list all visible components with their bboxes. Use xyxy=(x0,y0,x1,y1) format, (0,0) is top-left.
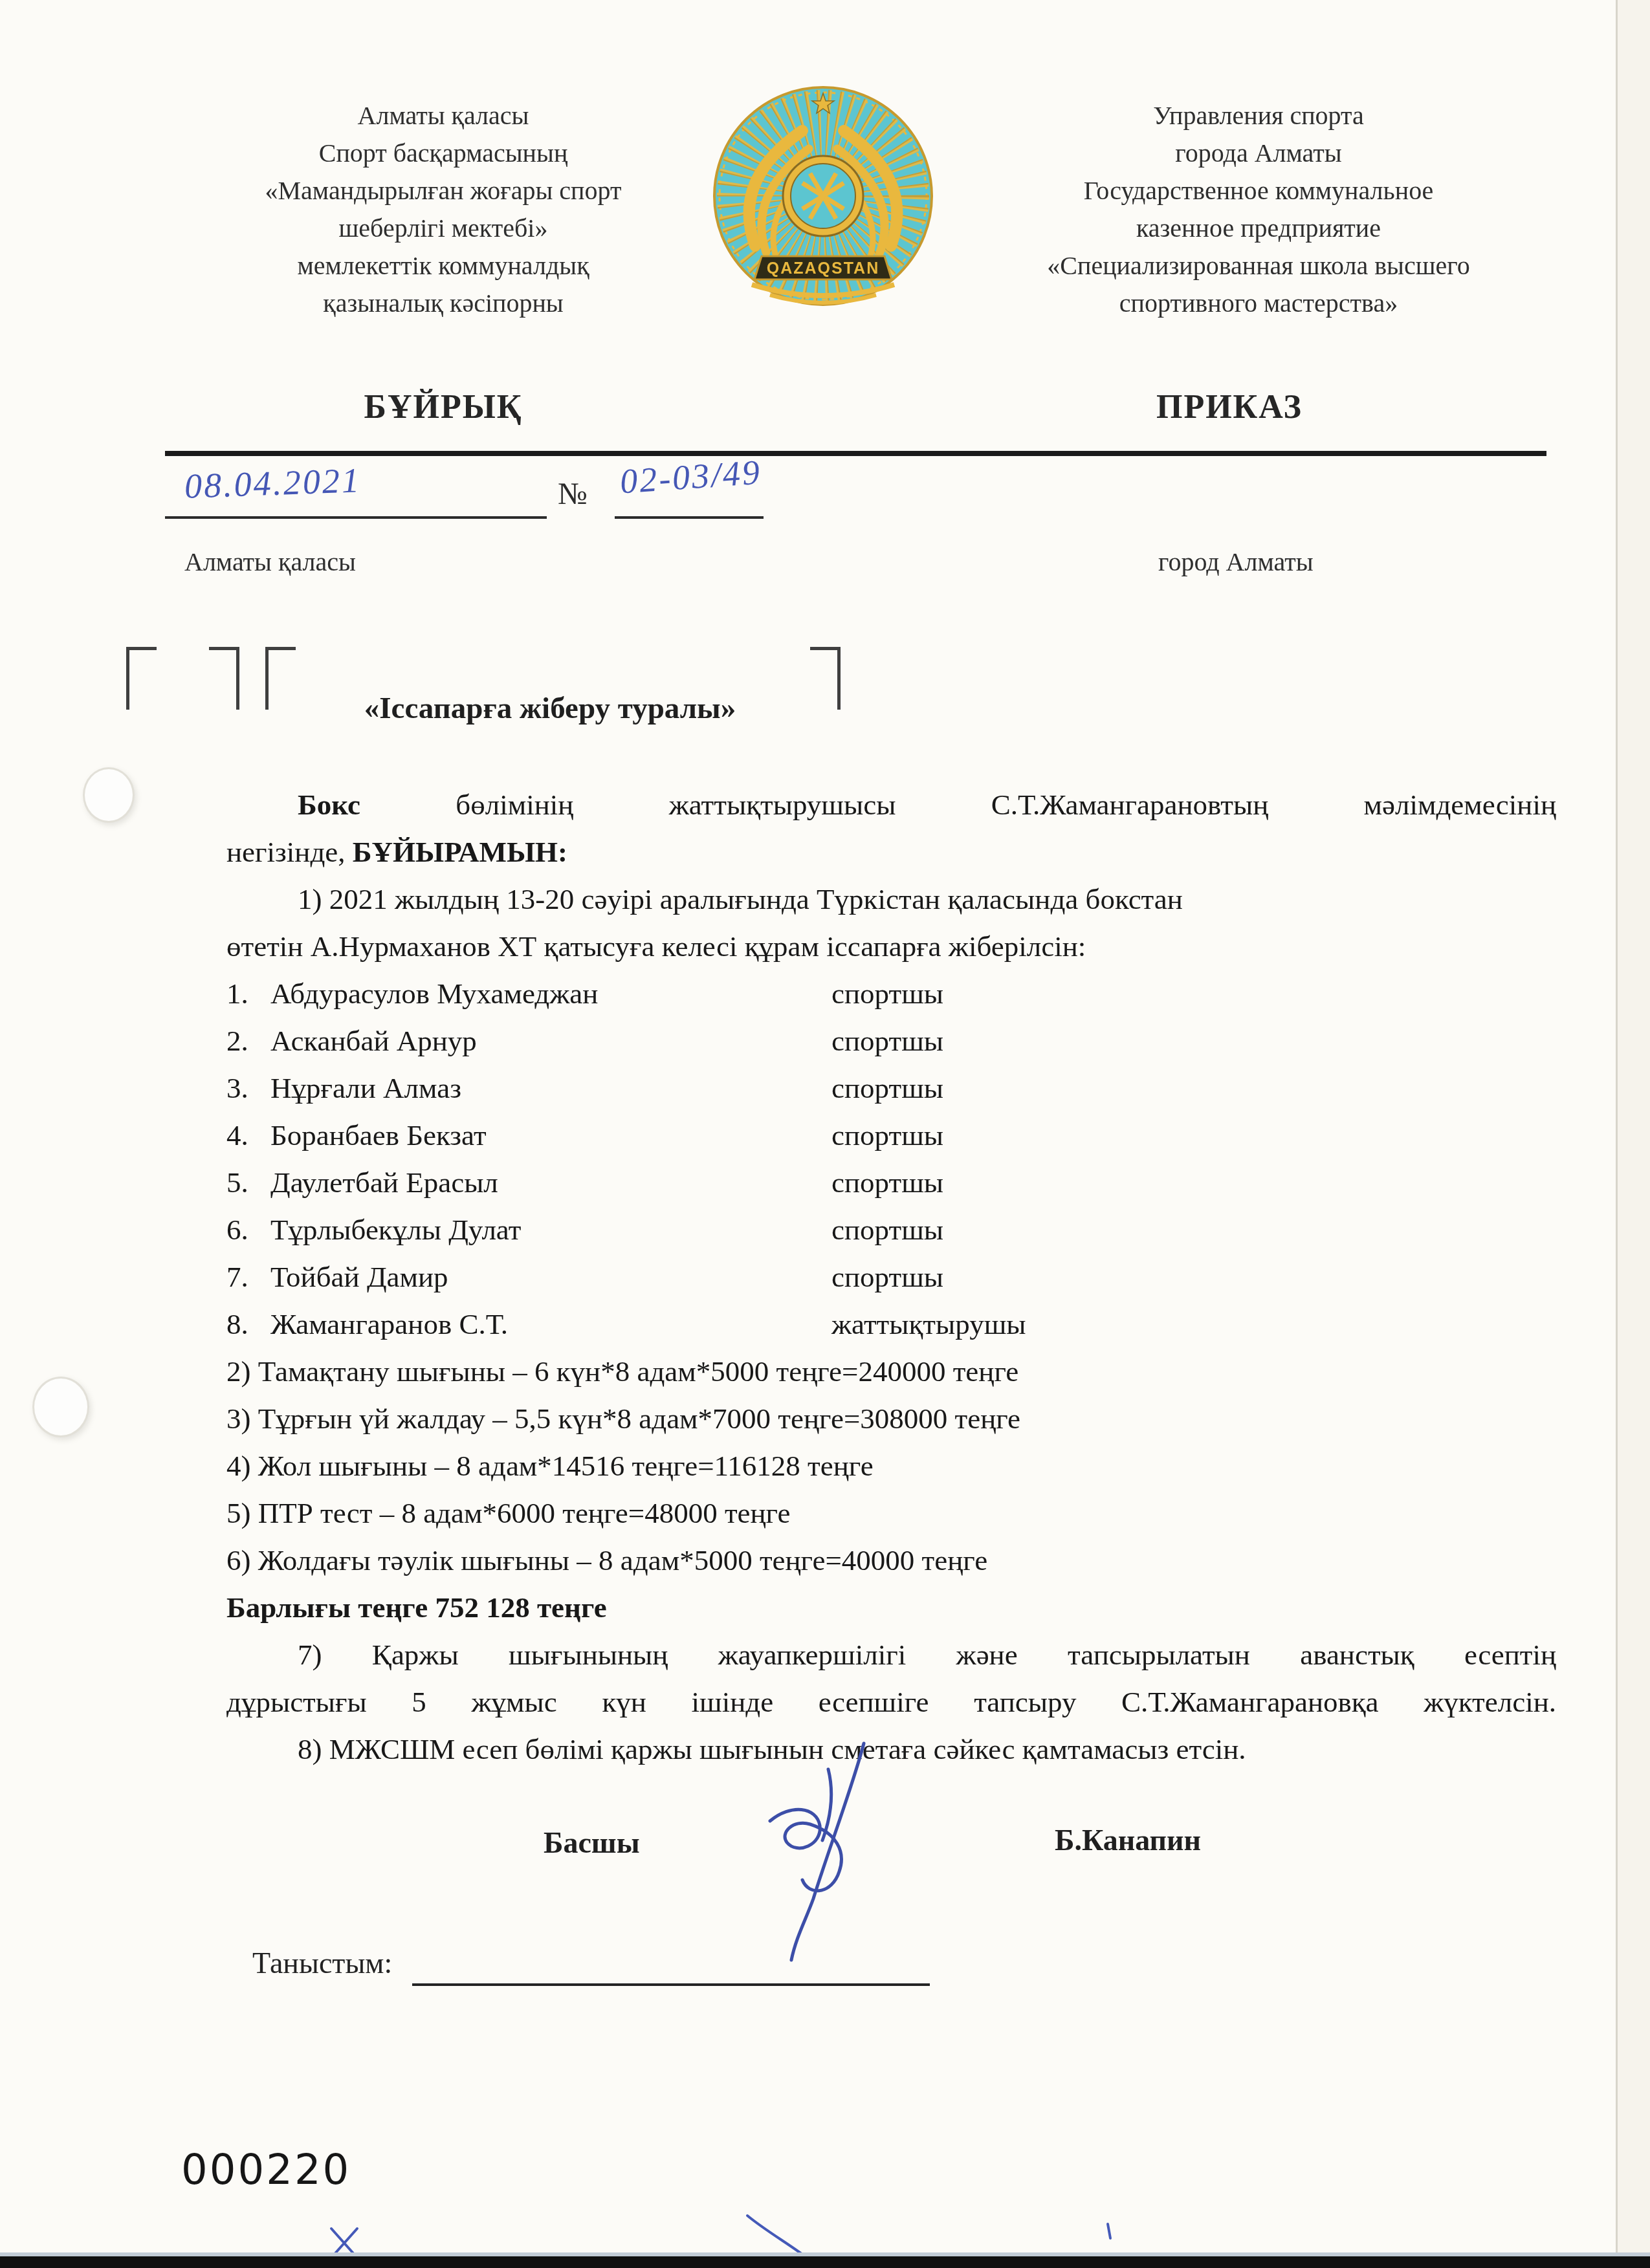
roster-name: Нұрғали Алмаз xyxy=(270,1072,461,1104)
horizontal-rule xyxy=(165,451,1546,456)
intro-plain: негізінде, xyxy=(226,836,346,868)
org-ru-line: казенное предприятие xyxy=(951,210,1566,247)
signature-ink xyxy=(731,1740,932,1967)
roster-role: спортшы xyxy=(831,1018,943,1065)
roster-number: 3. xyxy=(226,1065,270,1112)
roster-role: спортшы xyxy=(831,1206,943,1254)
roster-number: 6. xyxy=(226,1206,270,1254)
roster-row: 3.Нұрғали Алмазспортшы xyxy=(226,1065,1556,1112)
expense-line: 3) Тұрғын үй жалдау – 5,5 күн*8 адам*700… xyxy=(226,1395,1556,1443)
roster-role: спортшы xyxy=(831,1159,943,1206)
scan-edge-line xyxy=(1616,0,1618,2268)
org-ru-line: Управления спорта xyxy=(951,97,1566,135)
handwritten-order-number: 02-03/49 xyxy=(619,452,763,501)
expense-line: 6) Жолдағы тәулік шығыны – 8 адам*5000 т… xyxy=(226,1537,1556,1584)
intro-line-1: Бокс бөлімінің жаттықтырушысы С.Т.Жаманг… xyxy=(226,781,1556,829)
org-ru-line: Государственное коммунальное xyxy=(951,172,1566,210)
roster-row: 8.Жамангаранов С.Т.жаттықтырушы xyxy=(226,1301,1556,1348)
scan-edge-area xyxy=(1618,0,1650,2268)
order-heading-kazakh: БҰЙРЫҚ xyxy=(194,388,692,426)
expense-line: 4) Жол шығыны – 8 адам*14516 теңге=11612… xyxy=(226,1443,1556,1490)
roster-role: спортшы xyxy=(831,1065,943,1112)
total-line: Барлығы теңге 752 128 теңге xyxy=(226,1584,1556,1631)
roster-role: спортшы xyxy=(831,1112,943,1159)
item1-line-1: 1) 2021 жылдың 13-20 сәуірі аралығында Т… xyxy=(226,876,1556,923)
roster-role: спортшы xyxy=(831,1254,943,1301)
date-underline xyxy=(165,516,547,519)
roster-name: Жамангаранов С.Т. xyxy=(270,1308,508,1340)
roster-name: Даулетбай Ерасыл xyxy=(270,1166,498,1199)
order-subject-title: «Іссапарға жіберу туралы» xyxy=(194,691,906,726)
number-sign: № xyxy=(558,476,588,512)
registration-number: 000220 xyxy=(181,2146,351,2194)
org-ru-line: спортивного мастерства» xyxy=(951,285,1566,322)
roster-row: 1.Абдурасулов Мухамеджанспортшы xyxy=(226,970,1556,1018)
roster-number: 1. xyxy=(226,970,270,1018)
roster-row: 7.Тойбай Дамирспортшы xyxy=(226,1254,1556,1301)
number-underline xyxy=(615,516,764,519)
roster-name: Боранбаев Бекзат xyxy=(270,1119,487,1151)
scan-bottom-strip xyxy=(0,2256,1650,2268)
corner-mark xyxy=(126,647,157,710)
org-kk-line: мемлекеттік коммуналдық xyxy=(194,247,692,285)
signer-position-title: Басшы xyxy=(544,1826,640,1860)
org-kk-line: Спорт басқармасының xyxy=(194,135,692,172)
org-name-kazakh: Алматы қаласы Спорт басқармасының «Маман… xyxy=(194,97,692,322)
roster-name: Асканбай Арнур xyxy=(270,1025,477,1057)
roster-row: 4.Боранбаев Бекзатспортшы xyxy=(226,1112,1556,1159)
roster-role: спортшы xyxy=(831,970,943,1018)
roster-name: Абдурасулов Мухамеджан xyxy=(270,977,598,1010)
roster-row: 5.Даулетбай Ерасылспортшы xyxy=(226,1159,1556,1206)
roster-name: Тұрлыбекұлы Дулат xyxy=(270,1214,521,1246)
kazakhstan-state-emblem-icon: QAZAQSTAN xyxy=(707,76,940,309)
emblem-banner-text: QAZAQSTAN xyxy=(767,259,879,278)
roster-number: 4. xyxy=(226,1112,270,1159)
roster-number: 7. xyxy=(226,1254,270,1301)
item7-line-1: 7) Қаржы шығынының жауапкершілігі және т… xyxy=(226,1631,1556,1679)
intro-line-2: негізінде, БҰЙЫРАМЫН: xyxy=(226,829,1556,876)
roster-number: 5. xyxy=(226,1159,270,1206)
scanned-order-document: Алматы қаласы Спорт басқармасының «Маман… xyxy=(0,0,1650,2268)
org-ru-line: города Алматы xyxy=(951,135,1566,172)
roster-row: 2.Асканбай Арнурспортшы xyxy=(226,1018,1556,1065)
org-kk-line: қазыналық кәсіпорны xyxy=(194,285,692,322)
handwritten-date: 08.04.2021 xyxy=(184,460,362,506)
order-heading-russian: ПРИКАЗ xyxy=(1061,388,1398,426)
order-verb: БҰЙЫРАМЫН: xyxy=(353,836,567,868)
expense-line: 5) ПТР тест – 8 адам*6000 теңге=48000 те… xyxy=(226,1490,1556,1537)
place-kazakh: Алматы қаласы xyxy=(184,547,356,577)
roster-number: 8. xyxy=(226,1301,270,1348)
item1-line-2: өтетін А.Нурмаханов ХТ қатысуға келесі қ… xyxy=(226,923,1556,970)
item7-line-2: дұрыстығы 5 жұмыс күн ішінде есепшіге та… xyxy=(226,1679,1556,1726)
order-body: Бокс бөлімінің жаттықтырушысы С.Т.Жаманг… xyxy=(226,781,1556,1773)
org-kk-line: Алматы қаласы xyxy=(194,97,692,135)
org-kk-line: «Мамандырылған жоғары спорт xyxy=(194,172,692,210)
roster-name: Тойбай Дамир xyxy=(270,1261,448,1293)
intro-bold-word: Бокс xyxy=(298,789,360,821)
roster-number: 2. xyxy=(226,1018,270,1065)
org-kk-line: шеберлігі мектебі» xyxy=(194,210,692,247)
org-name-russian: Управления спорта города Алматы Государс… xyxy=(951,97,1566,322)
hole-punch-mark xyxy=(32,1377,89,1437)
acknowledgement-label: Таныстым: xyxy=(252,1946,392,1980)
roster-role: жаттықтырушы xyxy=(831,1301,1026,1348)
place-russian: город Алматы xyxy=(1158,547,1314,577)
hole-punch-mark xyxy=(83,767,135,823)
intro-rest: бөлімінің жаттықтырушысы С.Т.Жамангарано… xyxy=(456,789,1556,821)
signer-name: Б.Канапин xyxy=(1055,1823,1201,1857)
expense-line: 2) Тамақтану шығыны – 6 күн*8 адам*5000 … xyxy=(226,1348,1556,1395)
org-ru-line: «Специализированная школа высшего xyxy=(951,247,1566,285)
roster-row: 6.Тұрлыбекұлы Дулатспортшы xyxy=(226,1206,1556,1254)
acknowledgement-underline xyxy=(412,1983,930,1986)
emblem-banner: QAZAQSTAN xyxy=(754,256,892,279)
